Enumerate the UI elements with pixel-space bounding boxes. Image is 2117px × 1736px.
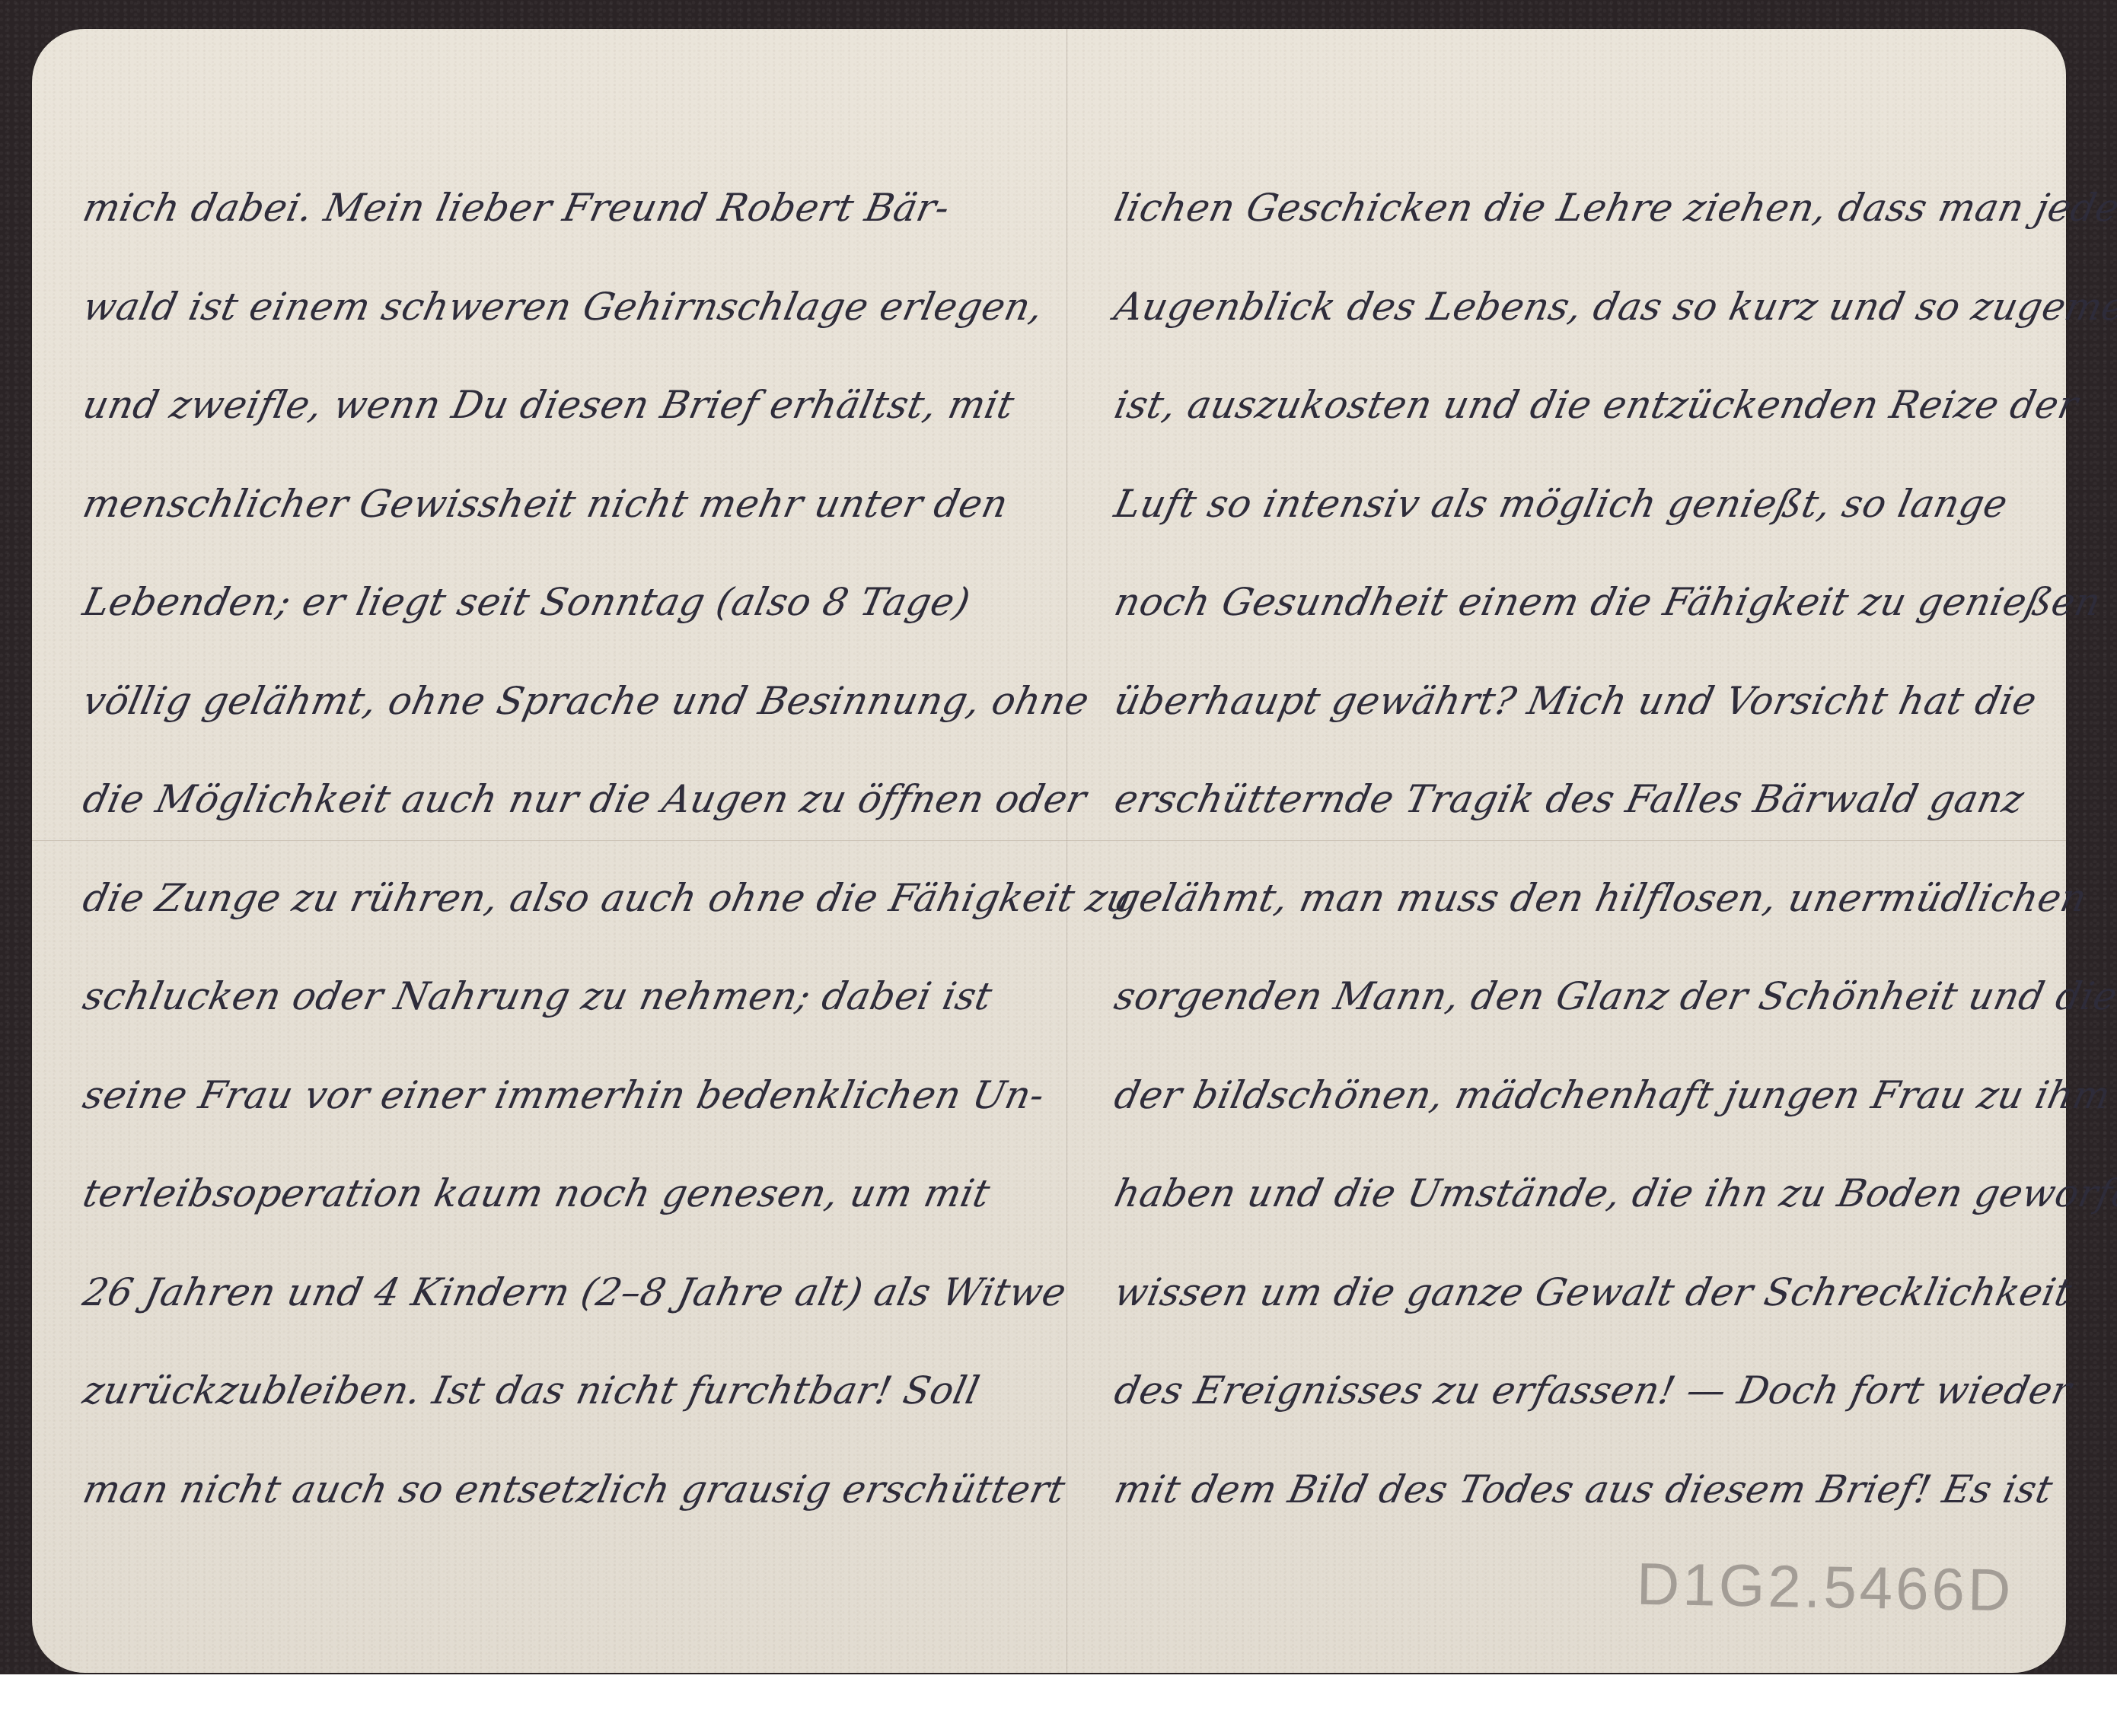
handwritten-line: schlucken oder Nahrung zu nehmen; dabei … bbox=[32, 970, 1087, 1069]
scan-bottom-margin bbox=[0, 1674, 2117, 1736]
handwritten-line: lichen Geschicken die Lehre ziehen, dass… bbox=[1068, 181, 2087, 280]
right-page-text: lichen Geschicken die Lehre ziehen, dass… bbox=[1068, 181, 2066, 1561]
handwritten-line: ist, auszukosten und die entzückenden Re… bbox=[1068, 378, 2087, 477]
handwritten-line: wissen um die ganze Gewalt der Schreckli… bbox=[1068, 1266, 2087, 1365]
handwritten-line: man nicht auch so entsetzlich grausig er… bbox=[32, 1463, 1087, 1562]
scan-background: mich dabei. Mein lieber Freund Robert Bä… bbox=[0, 0, 2117, 1674]
handwritten-line: die Zunge zu rühren, also auch ohne die … bbox=[32, 871, 1087, 970]
handwritten-line: und zweifle, wenn Du diesen Brief erhält… bbox=[32, 378, 1087, 477]
left-page-text: mich dabei. Mein lieber Freund Robert Bä… bbox=[32, 181, 1066, 1561]
right-page: lichen Geschicken die Lehre ziehen, dass… bbox=[1068, 29, 2066, 1673]
handwritten-line: gelähmt, man muss den hilflosen, unermüd… bbox=[1068, 871, 2087, 970]
handwritten-line: der bildschönen, mädchenhaft jungen Frau… bbox=[1068, 1069, 2087, 1167]
handwritten-line: Lebenden; er liegt seit Sonntag (also 8 … bbox=[32, 575, 1087, 674]
handwritten-line: mit dem Bild des Todes aus diesem Brief!… bbox=[1068, 1463, 2087, 1562]
handwritten-line: völlig gelähmt, ohne Sprache und Besinnu… bbox=[32, 674, 1087, 773]
handwritten-line: noch Gesundheit einem die Fähigkeit zu g… bbox=[1068, 575, 2087, 674]
handwritten-line: 26 Jahren und 4 Kindern (2–8 Jahre alt) … bbox=[32, 1266, 1087, 1365]
handwritten-line: seine Frau vor einer immerhin bedenklich… bbox=[32, 1069, 1087, 1167]
handwritten-line: zurückzubleiben. Ist das nicht furchtbar… bbox=[32, 1364, 1087, 1463]
handwritten-line: terleibsoperation kaum noch genesen, um … bbox=[32, 1167, 1087, 1266]
handwritten-line: die Möglichkeit auch nur die Augen zu öf… bbox=[32, 772, 1087, 871]
handwritten-line: Augenblick des Lebens, das so kurz und s… bbox=[1068, 280, 2087, 379]
handwritten-line: sorgenden Mann, den Glanz der Schönheit … bbox=[1068, 970, 2087, 1069]
handwritten-line: wald ist einem schweren Gehirnschlage er… bbox=[32, 280, 1087, 379]
archive-pencil-mark: D1G2.5466D bbox=[1636, 1550, 2014, 1626]
handwritten-line: überhaupt gewährt? Mich und Vorsicht hat… bbox=[1068, 674, 2087, 773]
left-page: mich dabei. Mein lieber Freund Robert Bä… bbox=[32, 29, 1066, 1673]
handwritten-line: mich dabei. Mein lieber Freund Robert Bä… bbox=[32, 181, 1087, 280]
letter-sheet: mich dabei. Mein lieber Freund Robert Bä… bbox=[32, 29, 2066, 1673]
handwritten-line: des Ereignisses zu erfassen! — Doch fort… bbox=[1068, 1364, 2087, 1463]
handwritten-line: erschütternde Tragik des Falles Bärwald … bbox=[1068, 772, 2087, 871]
handwritten-line: haben und die Umstände, die ihn zu Boden… bbox=[1068, 1167, 2087, 1266]
handwritten-line: Luft so intensiv als möglich genießt, so… bbox=[1068, 477, 2087, 576]
handwritten-line: menschlicher Gewissheit nicht mehr unter… bbox=[32, 477, 1087, 576]
